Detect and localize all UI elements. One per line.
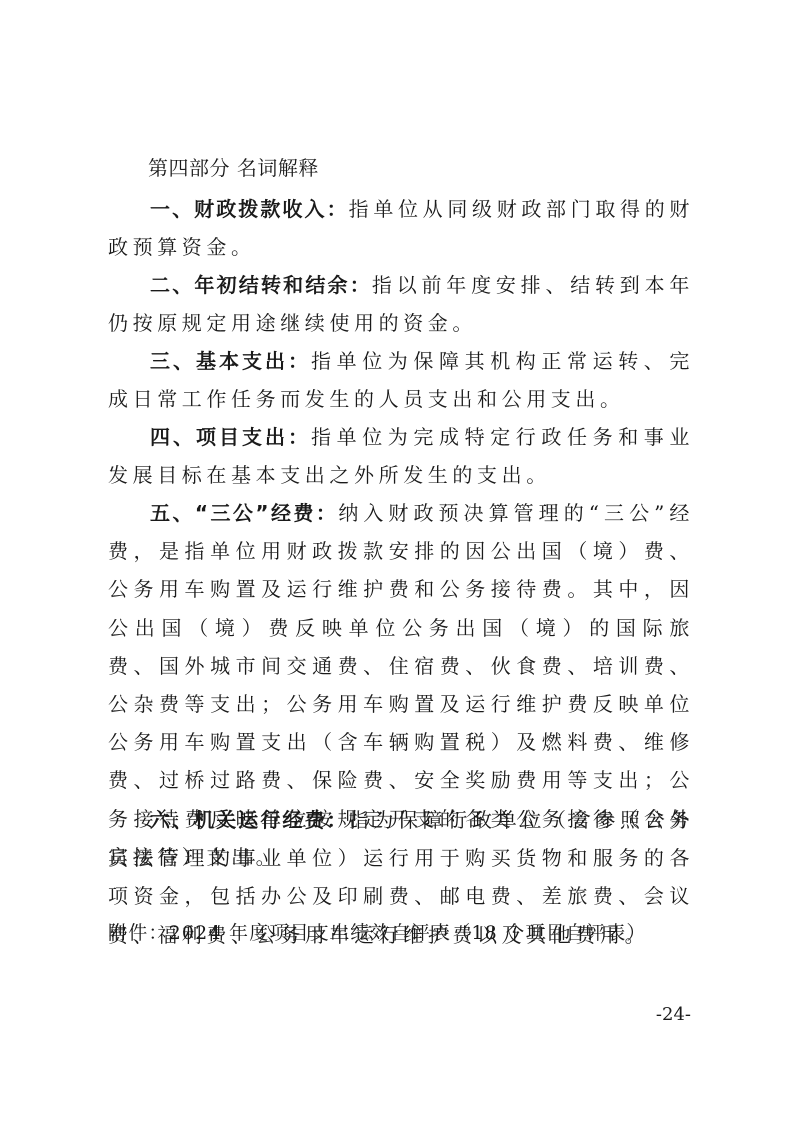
definition-1: 一、财政拨款收入：指单位从同级财政部门取得的财政预算资金。 <box>108 190 694 266</box>
definition-term: 六、机关运行经费： <box>150 808 349 832</box>
definition-3: 三、基本支出：指单位为保障其机构正常运转、完成日常工作任务而发生的人员支出和公用… <box>108 342 694 418</box>
definition-term: 五、“三公”经费： <box>150 501 338 525</box>
document-page: 第四部分 名词解释 一、财政拨款收入：指单位从同级财政部门取得的财政预算资金。 … <box>0 0 793 1122</box>
definition-term: 一、财政拨款收入： <box>150 197 349 221</box>
section-title: 第四部分 名词解释 <box>148 153 319 183</box>
definition-4: 四、项目支出：指单位为完成特定行政任务和事业发展目标在基本支出之外所发生的支出。 <box>108 418 694 494</box>
definition-2: 二、年初结转和结余：指以前年度安排、结转到本年仍按原规定用途继续使用的资金。 <box>108 266 694 342</box>
definition-term: 二、年初结转和结余： <box>150 273 372 297</box>
definition-term: 四、项目支出： <box>150 425 311 449</box>
definition-term: 三、基本支出： <box>150 349 311 373</box>
page-number: -24- <box>656 1003 691 1027</box>
attachment-note: 附件：2024 年度项目支出绩效自评表（18 个项目自评表） <box>108 918 647 948</box>
